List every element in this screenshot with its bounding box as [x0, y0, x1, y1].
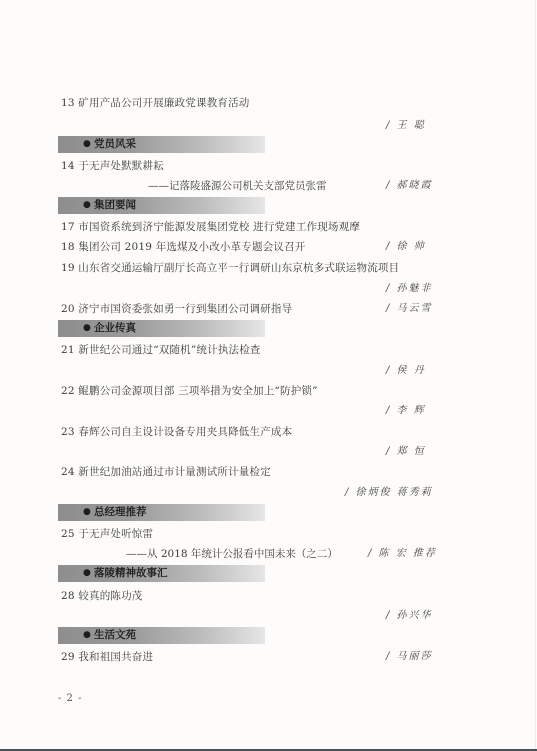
toc-entry-17[interactable]: 17 市国资系统到济宁能源发展集团党校 进行党建工作现场观摩 — [61, 220, 360, 234]
toc-subtitle-25: ——从 2018 年统计公报看中国未来（之二） — [126, 547, 338, 561]
toc-author-22: / 李 辉 — [386, 404, 426, 418]
section-header-enterprise-news: ● 企业传真 — [58, 320, 265, 337]
toc-author-23: / 郑 恒 — [386, 445, 426, 459]
section-label: 集团要闻 — [94, 197, 136, 214]
toc-author-24: / 徐炳俊 蒋秀莉 — [345, 486, 433, 500]
toc-entry-19[interactable]: 19 山东省交通运输厅副厅长高立平一行调研山东京杭多式联运物流项目 — [61, 261, 399, 275]
section-label: 党员风采 — [94, 136, 136, 153]
toc-entry-22[interactable]: 22 鲲鹏公司金源项目部 三项举措为安全加上“防护锁” — [61, 384, 318, 398]
toc-author-18: / 徐 帅 — [386, 240, 426, 254]
section-header-life-garden: ● 生活文苑 — [58, 627, 265, 644]
toc-subtitle-14: ——记落陵盛源公司机关支部党员张雷 — [148, 179, 327, 193]
toc-entry-14[interactable]: 14 于无声处默默耕耘 — [61, 159, 164, 173]
toc-author-20: / 马云雪 — [386, 302, 433, 316]
bullet-icon: ● — [83, 136, 91, 153]
toc-entry-28[interactable]: 28 较真的陈功茂 — [61, 589, 143, 603]
bullet-icon: ● — [83, 565, 91, 582]
toc-author-13: / 王 聪 — [386, 119, 426, 133]
section-label: 企业传真 — [94, 320, 136, 337]
section-header-party-members: ● 党员风采 — [58, 136, 265, 153]
toc-entry-13[interactable]: 13 矿用产品公司开展廉政党课教育活动 — [61, 96, 250, 110]
toc-author-19: / 孙魅非 — [386, 282, 433, 296]
section-label: 生活文苑 — [94, 627, 136, 644]
bullet-icon: ● — [83, 320, 91, 337]
bullet-icon: ● — [83, 197, 91, 214]
document-page: 13 矿用产品公司开展廉政党课教育活动 / 王 聪 ● 党员风采 14 于无声处… — [0, 0, 536, 749]
toc-author-14: / 郝晓霞 — [386, 179, 433, 193]
toc-entry-18[interactable]: 18 集团公司 2019 年选煤及小改小革专题会议召开 — [61, 240, 306, 254]
toc-entry-20[interactable]: 20 济宁市国资委张如勇一行到集团公司调研指导 — [61, 302, 292, 316]
toc-entry-25[interactable]: 25 于无声处听惊雷 — [61, 527, 153, 541]
section-header-luoling-stories: ● 落陵精神故事汇 — [58, 565, 265, 582]
toc-author-21: / 侯 丹 — [386, 364, 426, 378]
toc-author-25: / 陈 宏 推荐 — [368, 547, 437, 561]
toc-author-28: / 孙兴华 — [386, 609, 433, 623]
bullet-icon: ● — [83, 504, 91, 521]
toc-entry-21[interactable]: 21 新世纪公司通过“双随机”统计执法检查 — [61, 343, 261, 357]
section-header-group-news: ● 集团要闻 — [58, 197, 265, 214]
section-label: 总经理推荐 — [94, 504, 147, 521]
toc-author-29: / 马丽莎 — [386, 650, 433, 664]
toc-entry-24[interactable]: 24 新世纪加油站通过市计量测试所计量检定 — [61, 465, 271, 479]
toc-entry-23[interactable]: 23 春辉公司自主设计设备专用夹具降低生产成本 — [61, 425, 292, 439]
bullet-icon: ● — [83, 627, 91, 644]
section-label: 落陵精神故事汇 — [94, 565, 168, 582]
section-header-gm-recommends: ● 总经理推荐 — [58, 504, 265, 521]
toc-entry-29[interactable]: 29 我和祖国共奋进 — [61, 650, 153, 664]
page-number: - 2 - — [58, 693, 82, 704]
